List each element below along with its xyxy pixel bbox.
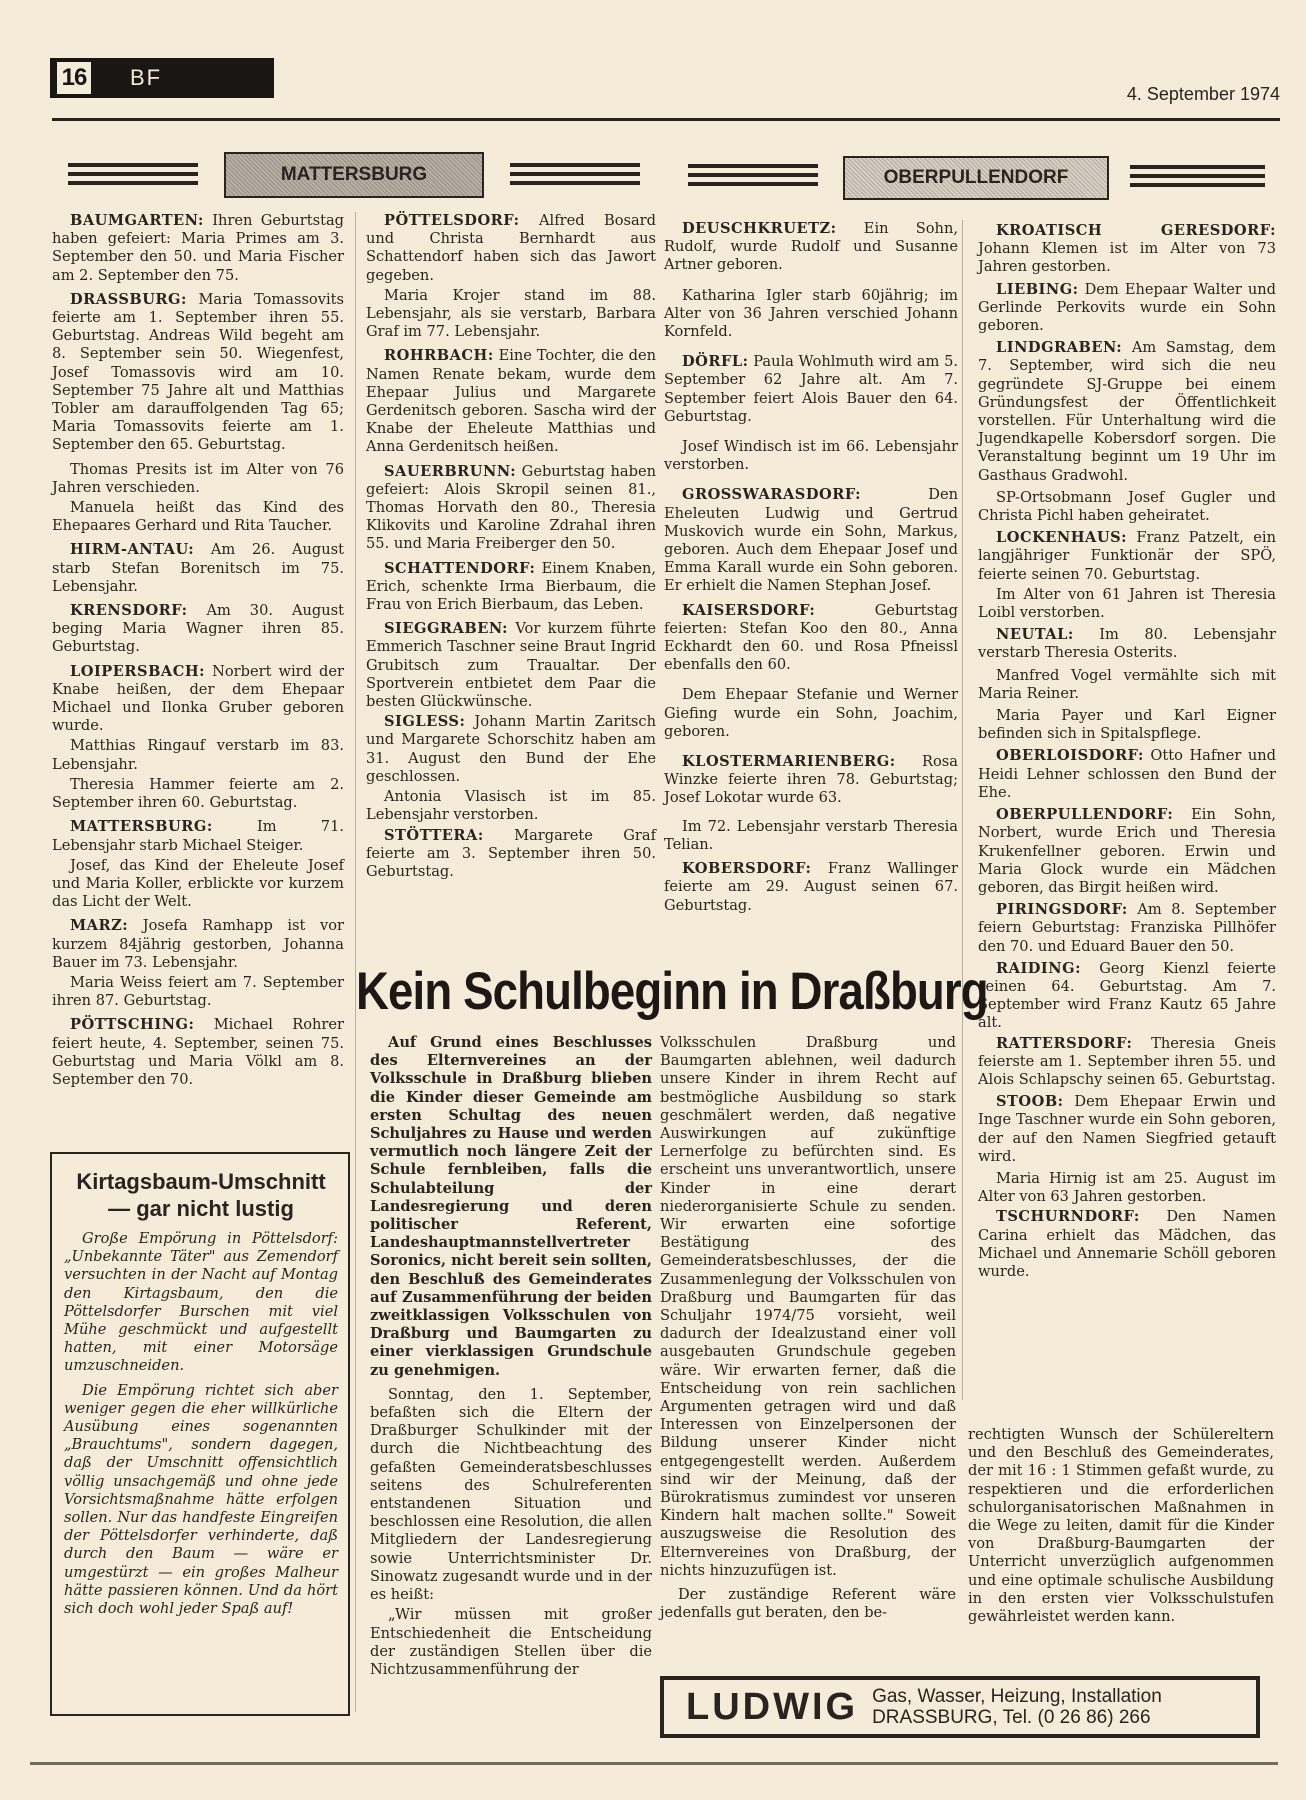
- news-item: OBERPULLENDORF: Ein Sohn, Norbert, wurde…: [978, 806, 1276, 897]
- article-paragraph: Sonntag, den 1. September, befaßten sich…: [370, 1386, 652, 1604]
- ad-brand: LUDWIG: [686, 1686, 858, 1729]
- news-item: DRASSBURG: Maria Tomassovits feierte am …: [52, 291, 344, 455]
- news-item: RATTERSDORF: Theresia Gneis feierste am …: [978, 1035, 1276, 1090]
- news-item: SIGLESS: Johann Martin Zaritsch und Marg…: [366, 713, 656, 786]
- news-item: ROHRBACH: Eine Tochter, die den Namen Re…: [366, 347, 656, 456]
- news-item: MATTERSBURG: Im 71. Lebensjahr starb Mic…: [52, 818, 344, 854]
- news-item: Dem Ehepaar Stefanie und Werner Giefing …: [664, 686, 958, 741]
- news-item: PIRINGSDORF: Am 8. September feiern Gebu…: [978, 901, 1276, 956]
- banner-stripes-left-1: [68, 163, 198, 185]
- news-item: PÖTTELSDORF: Alfred Bosard und Christa B…: [366, 212, 656, 285]
- news-item: SCHATTENDORF: Einem Knaben, Erich, schen…: [366, 560, 656, 615]
- ad-services: Gas, Wasser, Heizung, Installation: [872, 1686, 1162, 1707]
- news-item: Manfred Vogel vermählte sich mit Maria R…: [978, 667, 1276, 703]
- news-item: Maria Hirnig ist am 25. August im Alter …: [978, 1170, 1276, 1206]
- column-mattersburg-1: BAUMGARTEN: Ihren Geburtstag haben gefei…: [52, 212, 344, 1095]
- column-oberpullendorf-1: DEUSCHKRUETZ: Ein Sohn, Rudolf, wurde Ru…: [664, 220, 958, 921]
- news-item: KLOSTERMARIENBERG: Rosa Winzke feierte i…: [664, 753, 958, 808]
- issue-date: 4. September 1974: [1127, 84, 1280, 105]
- news-item: OBERLOISDORF: Otto Hafner und Heidi Lehn…: [978, 747, 1276, 802]
- news-item: KRENSDORF: Am 30. August beging Maria Wa…: [52, 602, 344, 657]
- news-item: HIRM-ANTAU: Am 26. August starb Stefan B…: [52, 541, 344, 596]
- news-item: Manuela heißt das Kind des Ehepaares Ger…: [52, 499, 344, 535]
- news-item: SIEGGRABEN: Vor kurzem führte Emmerich T…: [366, 620, 656, 711]
- banner-stripes-right-1: [688, 164, 818, 186]
- page-number: 16: [54, 59, 94, 97]
- column-divider: [962, 220, 963, 1400]
- news-item: Katharina Igler starb 60jährig; im Alter…: [664, 287, 958, 342]
- news-item: TSCHURNDORF: Den Namen Carina erhielt da…: [978, 1208, 1276, 1281]
- article-paragraph: rechtigten Wunsch der Schülereltern und …: [968, 1426, 1274, 1626]
- column-oberpullendorf-2: KROATISCH GERESDORF: Johann Klemen ist i…: [978, 222, 1276, 1285]
- newspaper-page: 16 BF 4. September 1974 MATTERSBURG OBER…: [0, 0, 1306, 1800]
- news-item: Josef Windisch ist im 66. Lebensjahr ver…: [664, 438, 958, 474]
- news-item: MARZ: Josefa Ramhapp ist vor kurzem 84jä…: [52, 917, 344, 972]
- news-item: Josef, das Kind der Eheleute Josef und M…: [52, 857, 344, 912]
- news-item: Theresia Hammer feierte am 2. September …: [52, 776, 344, 812]
- news-item: RAIDING: Georg Kienzl feierte seinen 64.…: [978, 960, 1276, 1033]
- boxed-article-paragraph: Die Empörung richtet sich aber weniger g…: [64, 1382, 338, 1619]
- masthead: 16 BF: [50, 58, 274, 98]
- footer-rule: [30, 1762, 1278, 1765]
- column-mattersburg-2: PÖTTELSDORF: Alfred Bosard und Christa B…: [366, 212, 656, 887]
- news-item: Maria Payer und Karl Eigner befinden sic…: [978, 707, 1276, 743]
- news-item: LOIPERSBACH: Norbert wird der Knabe heiß…: [52, 663, 344, 736]
- boxed-article-kirtagsbaum: Kirtagsbaum-Umschnitt — gar nicht lustig…: [50, 1152, 350, 1716]
- header-rule: [52, 118, 1280, 121]
- article-paragraph: Der zuständige Referent wäre jedenfalls …: [660, 1586, 956, 1622]
- region-banner-mattersburg: MATTERSBURG: [224, 152, 484, 198]
- news-item: BAUMGARTEN: Ihren Geburtstag haben gefei…: [52, 212, 344, 285]
- news-item: GROSSWARASDORF: Den Eheleuten Ludwig und…: [664, 486, 958, 595]
- news-item: Matthias Ringauf verstarb im 83. Lebensj…: [52, 737, 344, 773]
- news-item: STOOB: Dem Ehepaar Erwin und Inge Taschn…: [978, 1093, 1276, 1166]
- banner-stripes-left-2: [510, 163, 640, 185]
- article-lead: Auf Grund eines Beschlusses des Elternve…: [370, 1034, 652, 1380]
- news-item: Maria Weiss feiert am 7. September ihren…: [52, 974, 344, 1010]
- main-article-column-1: Auf Grund eines Beschlusses des Elternve…: [370, 1034, 652, 1685]
- news-item: PÖTTSCHING: Michael Rohrer feiert heute,…: [52, 1016, 344, 1089]
- main-article-column-3: rechtigten Wunsch der Schülereltern und …: [968, 1426, 1274, 1632]
- news-item: NEUTAL: Im 80. Lebensjahr verstarb There…: [978, 626, 1276, 662]
- advertisement-ludwig: LUDWIG Gas, Wasser, Heizung, Installatio…: [660, 1676, 1260, 1738]
- column-divider: [355, 212, 356, 1712]
- main-headline: Kein Schulbeginn in Draßburg: [356, 962, 875, 1022]
- section-code: BF: [130, 65, 162, 91]
- news-item: Antonia Vlasisch ist im 85. Lebensjahr v…: [366, 788, 656, 824]
- news-item: Thomas Presits ist im Alter von 76 Jahre…: [52, 461, 344, 497]
- region-banner-oberpullendorf: OBERPULLENDORF: [843, 156, 1109, 200]
- banner-stripes-right-2: [1130, 165, 1265, 187]
- news-item: Im 72. Lebensjahr verstarb Theresia Teli…: [664, 818, 958, 854]
- news-item: SAUERBRUNN: Geburtstag haben gefeiert: A…: [366, 463, 656, 554]
- boxed-article-title: Kirtagsbaum-Umschnitt — gar nicht lustig: [64, 1168, 338, 1222]
- boxed-article-paragraph: Große Empörung in Pöttelsdorf: „Unbekann…: [64, 1230, 338, 1376]
- news-item: DÖRFL: Paula Wohlmuth wird am 5. Septemb…: [664, 353, 958, 426]
- news-item: Im Alter von 61 Jahren ist Theresia Loib…: [978, 586, 1276, 622]
- news-item: SP-Ortsobmann Josef Gugler und Christa P…: [978, 489, 1276, 525]
- main-article-column-2: Volksschulen Draßburg und Baumgarten abl…: [660, 1034, 956, 1629]
- news-item: DEUSCHKRUETZ: Ein Sohn, Rudolf, wurde Ru…: [664, 220, 958, 275]
- news-item: STÖTTERA: Margarete Graf feierte am 3. S…: [366, 827, 656, 882]
- news-item: LOCKENHAUS: Franz Patzelt, ein langjähri…: [978, 529, 1276, 584]
- news-item: KAISERSDORF: Geburtstag feierten: Stefan…: [664, 602, 958, 675]
- news-item: Maria Krojer stand im 88. Lebensjahr, al…: [366, 287, 656, 342]
- news-item: KROATISCH GERESDORF: Johann Klemen ist i…: [978, 222, 1276, 277]
- article-paragraph: Volksschulen Draßburg und Baumgarten abl…: [660, 1034, 956, 1580]
- ad-contact: DRASSBURG, Tel. (0 26 86) 266: [872, 1707, 1162, 1728]
- news-item: LIEBING: Dem Ehepaar Walter und Gerlinde…: [978, 281, 1276, 336]
- news-item: KOBERSDORF: Franz Wallinger feierte am 2…: [664, 860, 958, 915]
- news-item: LINDGRABEN: Am Samstag, dem 7. September…: [978, 339, 1276, 485]
- article-paragraph: „Wir müssen mit großer Entschiedenheit d…: [370, 1606, 652, 1679]
